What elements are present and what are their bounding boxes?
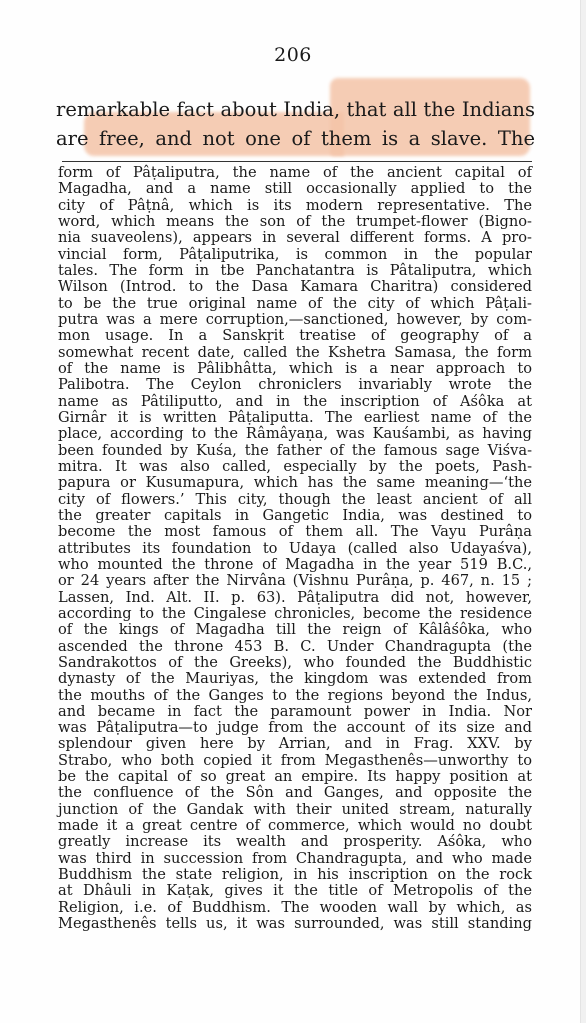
footnote-line: tales. The form in tbe Panchatantra is P… xyxy=(58,263,532,279)
footnote-line: the confluence of the Sôn and Ganges, an… xyxy=(58,785,532,801)
footnote-line: be the capital of so great an empire. It… xyxy=(58,769,532,785)
footnote-line: attributes its foundation to Udaya (call… xyxy=(58,541,532,557)
footnote: form of Pâṭaliputra, the name of the anc… xyxy=(58,165,532,932)
footnote-line: splendour given here by Arrian, and in F… xyxy=(58,736,532,752)
footnote-line: place, according to the Râmâyaṇa, was Ka… xyxy=(58,426,532,442)
footnote-line: Buddhism the state religion, in his insc… xyxy=(58,867,532,883)
main-text-line: are free, and not one of them is a slave… xyxy=(56,124,535,153)
footnote-line: Strabo, who both copied it from Megasthe… xyxy=(58,753,532,769)
footnote-line: form of Pâṭaliputra, the name of the anc… xyxy=(58,165,532,181)
footnote-line: mitra. It was also called, especially by… xyxy=(58,459,532,475)
page-edge xyxy=(580,0,586,1023)
footnote-line: Sandrakottos of the Greeks), who founded… xyxy=(58,655,532,671)
footnote-line: become the most famous of them all. The … xyxy=(58,524,532,540)
footnote-line: city of Pâṭnâ, which is its modern repre… xyxy=(58,198,532,214)
footnote-line: putra was a mere corruption,—sanctioned,… xyxy=(58,312,532,328)
footnote-line: Palibotra. The Ceylon chroniclers invari… xyxy=(58,377,532,393)
footnote-line: city of flowers.’ This city, though the … xyxy=(58,492,532,508)
footnote-line: Lassen, Ind. Alt. II. p. 63). Pâṭaliputr… xyxy=(58,590,532,606)
main-text: remarkable fact about India, that all th… xyxy=(56,95,535,153)
footnote-line: Religion, i.e. of Buddhism. The wooden w… xyxy=(58,900,532,916)
footnote-line: Girnâr it is written Pâṭaliputta. The ea… xyxy=(58,410,532,426)
footnote-line: vincial form, Pâṭaliputrika, is common i… xyxy=(58,247,532,263)
footnote-divider xyxy=(62,161,532,162)
document-page: 206 remarkable fact about India, that al… xyxy=(0,0,580,1023)
footnote-line: dynasty of the Mauriyas, the kingdom was… xyxy=(58,671,532,687)
footnote-line: of the kings of Magadha till the reign o… xyxy=(58,622,532,638)
footnote-line: to be the true original name of the city… xyxy=(58,296,532,312)
footnote-line: Wilson (Introd. to the Dasa Kamara Chari… xyxy=(58,279,532,295)
footnote-line: made it a great centre of commerce, whic… xyxy=(58,818,532,834)
footnote-line: was Pâṭaliputra—to judge from the accoun… xyxy=(58,720,532,736)
footnote-line: papura or Kusumapura, which has the same… xyxy=(58,475,532,491)
footnote-line: name as Pâtiliputto, and in the inscript… xyxy=(58,394,532,410)
footnote-line: and became in fact the paramount power i… xyxy=(58,704,532,720)
footnote-line: nia suaveolens), appears in several diff… xyxy=(58,230,532,246)
footnote-line: at Dhâuli in Kaṭak, gives it the title o… xyxy=(58,883,532,899)
footnote-line: junction of the Gandak with their united… xyxy=(58,802,532,818)
main-text-line: remarkable fact about India, that all th… xyxy=(56,95,535,124)
footnote-line: the mouths of the Ganges to the regions … xyxy=(58,688,532,704)
footnote-line: or 24 years after the Nirvâna (Vishnu Pu… xyxy=(58,573,532,589)
page-number: 206 xyxy=(0,44,586,66)
footnote-line: somewhat recent date, called the Kshetra… xyxy=(58,345,532,361)
footnote-line: ascended the throne 453 B. C. Under Chan… xyxy=(58,639,532,655)
footnote-line: mon usage. In a Sanskṛit treatise of geo… xyxy=(58,328,532,344)
footnote-line: Megasthenês tells us, it was surrounded,… xyxy=(58,916,532,932)
footnote-line: been founded by Kuśa, the father of the … xyxy=(58,443,532,459)
footnote-line: who mounted the throne of Magadha in the… xyxy=(58,557,532,573)
footnote-line: the greater capitals in Gangetic India, … xyxy=(58,508,532,524)
footnote-line: according to the Cingalese chronicles, b… xyxy=(58,606,532,622)
footnote-line: Magadha, and a name still occasionally a… xyxy=(58,181,532,197)
footnote-line: greatly increase its wealth and prosperi… xyxy=(58,834,532,850)
footnote-line: word, which means the son of the trumpet… xyxy=(58,214,532,230)
footnote-line: was third in succession from Chandragupt… xyxy=(58,851,532,867)
footnote-line: of the name is Pâlibhâtta, which is a ne… xyxy=(58,361,532,377)
